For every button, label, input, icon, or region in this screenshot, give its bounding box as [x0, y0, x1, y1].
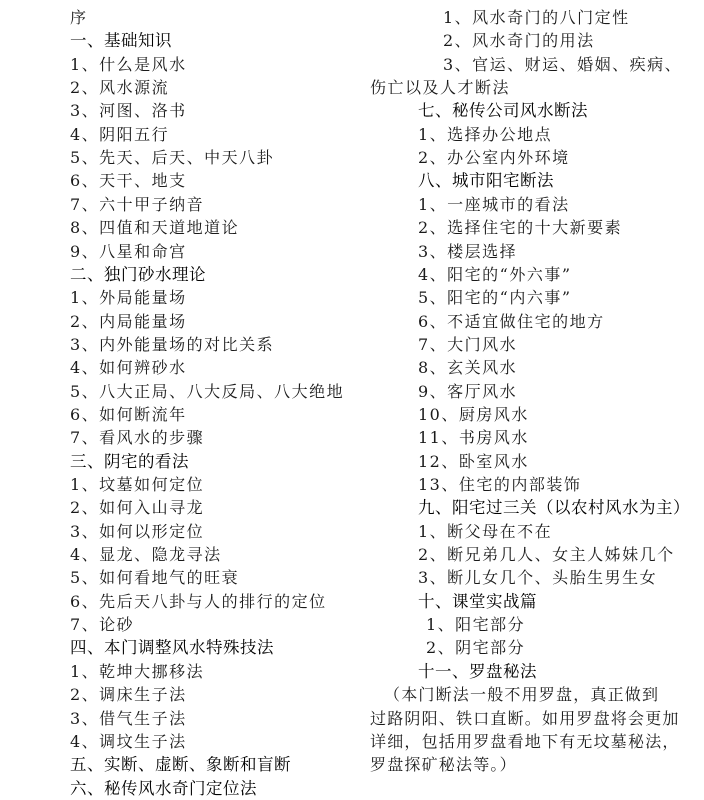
toc-item: 3、河图、洛书 — [70, 101, 187, 121]
note-paragraph-line: 详细，包括用罗盘看地下有无坟墓秘法， — [370, 732, 680, 752]
note-paragraph-line: （本门断法一般不用罗盘，真正做到 — [384, 685, 659, 705]
toc-item: 11、书房风水 — [418, 428, 529, 448]
section-heading: 十、课堂实战篇 — [418, 592, 537, 612]
toc-item: 2、风水奇门的用法 — [443, 31, 595, 51]
toc-item: 2、选择住宅的十大新要素 — [418, 218, 622, 238]
toc-item: 13、住宅的内部装饰 — [418, 475, 581, 495]
section-heading: 九、阳宅过三关（以农村风水为主） — [418, 498, 690, 518]
toc-item: 1、一座城市的看法 — [418, 195, 570, 215]
toc-item: 10、厨房风水 — [418, 405, 529, 425]
section-heading: 二、独门砂水理论 — [70, 265, 206, 285]
toc-item: 1、外局能量场 — [70, 288, 187, 308]
toc-item: 6、天干、地支 — [70, 171, 187, 191]
toc-item: 1、什么是风水 — [70, 55, 187, 75]
toc-item: 序 — [70, 8, 88, 28]
toc-item: 3、官运、财运、婚姻、疾病、 — [443, 55, 682, 75]
toc-item: 5、阳宅的“内六事” — [418, 288, 572, 308]
toc-item: 3、内外能量场的对比关系 — [70, 335, 274, 355]
toc-item: 1、乾坤大挪移法 — [70, 662, 204, 682]
toc-item: 2、内局能量场 — [70, 312, 187, 332]
toc-item: 2、调床生子法 — [70, 685, 187, 705]
toc-item: 2、办公室内外环境 — [418, 148, 570, 168]
toc-item: 3、楼层选择 — [418, 242, 517, 262]
toc-item: 6、如何断流年 — [70, 405, 187, 425]
section-heading: 三、阴宅的看法 — [70, 452, 189, 472]
toc-item: 9、八星和命宫 — [70, 242, 187, 262]
toc-item: 4、阴阳五行 — [70, 125, 169, 145]
toc-item: 伤亡以及人才断法 — [370, 78, 510, 98]
section-heading: 七、秘传公司风水断法 — [418, 101, 588, 121]
section-heading: 四、本门调整风水特殊技法 — [70, 638, 274, 658]
toc-item: 3、借气生子法 — [70, 709, 187, 729]
note-paragraph-line: 罗盘探矿秘法等。） — [370, 755, 517, 775]
section-heading: 五、实断、虚断、象断和盲断 — [70, 755, 291, 775]
toc-item: 1、阳宅部分 — [426, 615, 525, 635]
toc-item: 2、风水源流 — [70, 78, 169, 98]
section-heading: 十一、罗盘秘法 — [418, 662, 537, 682]
toc-item: 1、断父母在不在 — [418, 522, 552, 542]
toc-item: 1、选择办公地点 — [418, 125, 552, 145]
toc-item: 8、四值和天道地道论 — [70, 218, 239, 238]
toc-item: 7、大门风水 — [418, 335, 517, 355]
toc-item: 4、如何辨砂水 — [70, 358, 187, 378]
section-heading: 六、秘传风水奇门定位法 — [70, 779, 257, 799]
toc-item: 6、先后天八卦与人的排行的定位 — [70, 592, 327, 612]
section-heading: 一、基础知识 — [70, 31, 172, 51]
toc-item: 2、阴宅部分 — [426, 638, 525, 658]
toc-item: 7、论砂 — [70, 615, 134, 635]
toc-item: 5、如何看地气的旺衰 — [70, 568, 239, 588]
toc-item: 8、玄关风水 — [418, 358, 517, 378]
note-paragraph-line: 过路阴阳、铁口直断。如用罗盘将会更加 — [370, 709, 680, 729]
toc-item: 1、坟墓如何定位 — [70, 475, 204, 495]
toc-item: 3、如何以形定位 — [70, 522, 204, 542]
toc-item: 3、断儿女几个、头胎生男生女 — [418, 568, 657, 588]
toc-item: 4、阳宅的“外六事” — [418, 265, 572, 285]
toc-item: 2、断兄弟几人、女主人姊妹几个 — [418, 545, 675, 565]
toc-item: 7、看风水的步骤 — [70, 428, 204, 448]
toc-item: 2、如何入山寻龙 — [70, 498, 204, 518]
toc-item: 12、卧室风水 — [418, 452, 529, 472]
toc-item: 4、显龙、隐龙寻法 — [70, 545, 222, 565]
toc-item: 6、不适宜做住宅的地方 — [418, 312, 605, 332]
toc-item: 1、风水奇门的八门定性 — [443, 8, 630, 28]
toc-item: 5、先天、后天、中天八卦 — [70, 148, 274, 168]
toc-item: 9、客厅风水 — [418, 382, 517, 402]
toc-item: 5、八大正局、八大反局、八大绝地 — [70, 382, 344, 402]
toc-item: 4、调坟生子法 — [70, 732, 187, 752]
toc-item: 7、六十甲子纳音 — [70, 195, 204, 215]
section-heading: 八、城市阳宅断法 — [418, 171, 554, 191]
